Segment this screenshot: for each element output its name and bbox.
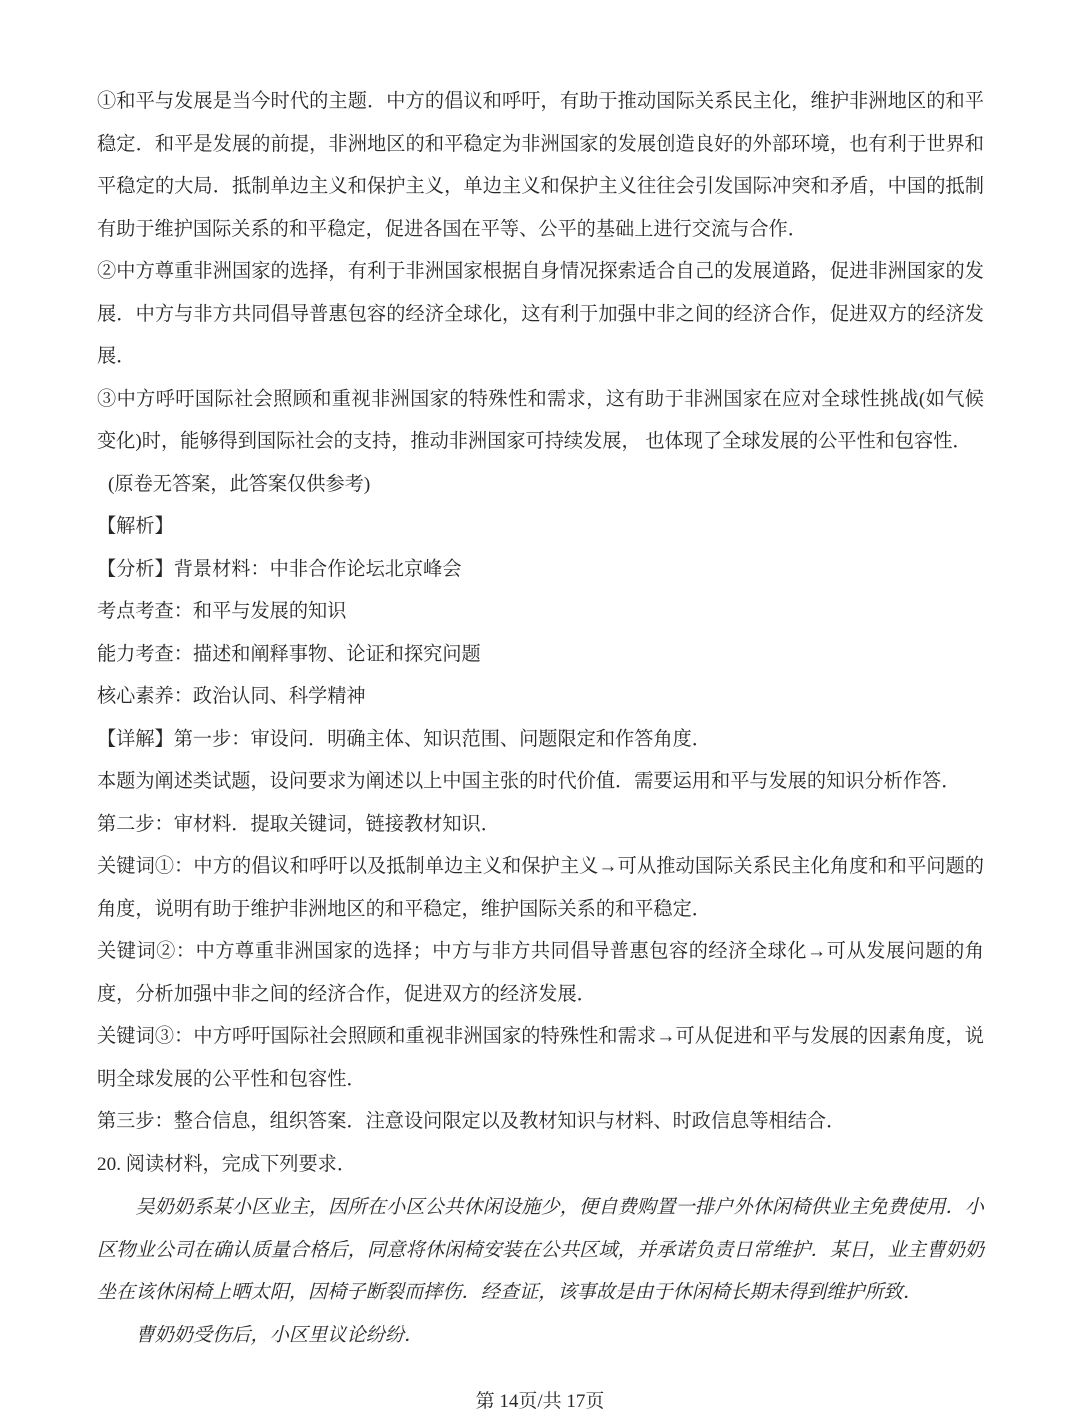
answer-point-2: ②中方尊重非洲国家的选择，有利于非洲国家根据自身情况探索适合自己的发展道路，促进… (97, 251, 984, 379)
question-20-stem: 20. 阅读材料，完成下列要求． (97, 1144, 984, 1187)
question-20-material-paragraph-1: 吴奶奶系某小区业主，因所在小区公共休闲设施少，便自费购置一排户外休闲椅供业主免费… (97, 1186, 984, 1314)
detail-step2: 第二步：审材料．提取关键词，链接教材知识． (97, 804, 984, 847)
detail-keyword-3: 关键词③：中方呼吁国际社会照顾和重视非洲国家的特殊性和需求→可从促进和平与发展的… (97, 1016, 984, 1101)
page-number-footer: 第 14页/共 17页 (0, 1390, 1080, 1414)
answer-point-1: ①和平与发展是当今时代的主题．中方的倡议和呼吁，有助于推动国际关系民主化，维护非… (97, 81, 984, 251)
detail-keyword-2: 关键词②：中方尊重非洲国家的选择；中方与非方共同倡导普惠包容的经济全球化→可从发… (97, 931, 984, 1016)
answer-source-note: (原卷无答案，此答案仅供参考) (97, 464, 984, 507)
detail-step1-note: 本题为阐述类试题，设问要求为阐述以上中国主张的时代价值．需要运用和平与发展的知识… (97, 761, 984, 804)
analysis-core-literacy: 核心素养：政治认同、科学精神 (97, 676, 984, 719)
answer-point-3: ③中方呼吁国际社会照顾和重视非洲国家的特殊性和需求，这有助于非洲国家在应对全球性… (97, 379, 984, 464)
detail-step3: 第三步：整合信息，组织答案．注意设问限定以及教材知识与材料、时政信息等相结合． (97, 1101, 984, 1144)
analysis-exam-points: 考点考查：和平与发展的知识 (97, 591, 984, 634)
analysis-ability-tested: 能力考查：描述和阐释事物、论证和探究问题 (97, 634, 984, 677)
analysis-background-material: 【分析】背景材料：中非合作论坛北京峰会 (97, 549, 984, 592)
document-page: ①和平与发展是当今时代的主题．中方的倡议和呼吁，有助于推动国际关系民主化，维护非… (0, 0, 1080, 1428)
question-20-material-paragraph-2: 曹奶奶受伤后，小区里议论纷纷． (97, 1314, 984, 1357)
analysis-section-label: 【解析】 (97, 506, 984, 549)
detail-keyword-1: 关键词①：中方的倡议和呼吁以及抵制单边主义和保护主义→可从推动国际关系民主化角度… (97, 846, 984, 931)
answer-analysis-content: ①和平与发展是当今时代的主题．中方的倡议和呼吁，有助于推动国际关系民主化，维护非… (97, 81, 984, 1356)
detail-step1: 【详解】第一步：审设问．明确主体、知识范围、问题限定和作答角度． (97, 719, 984, 762)
